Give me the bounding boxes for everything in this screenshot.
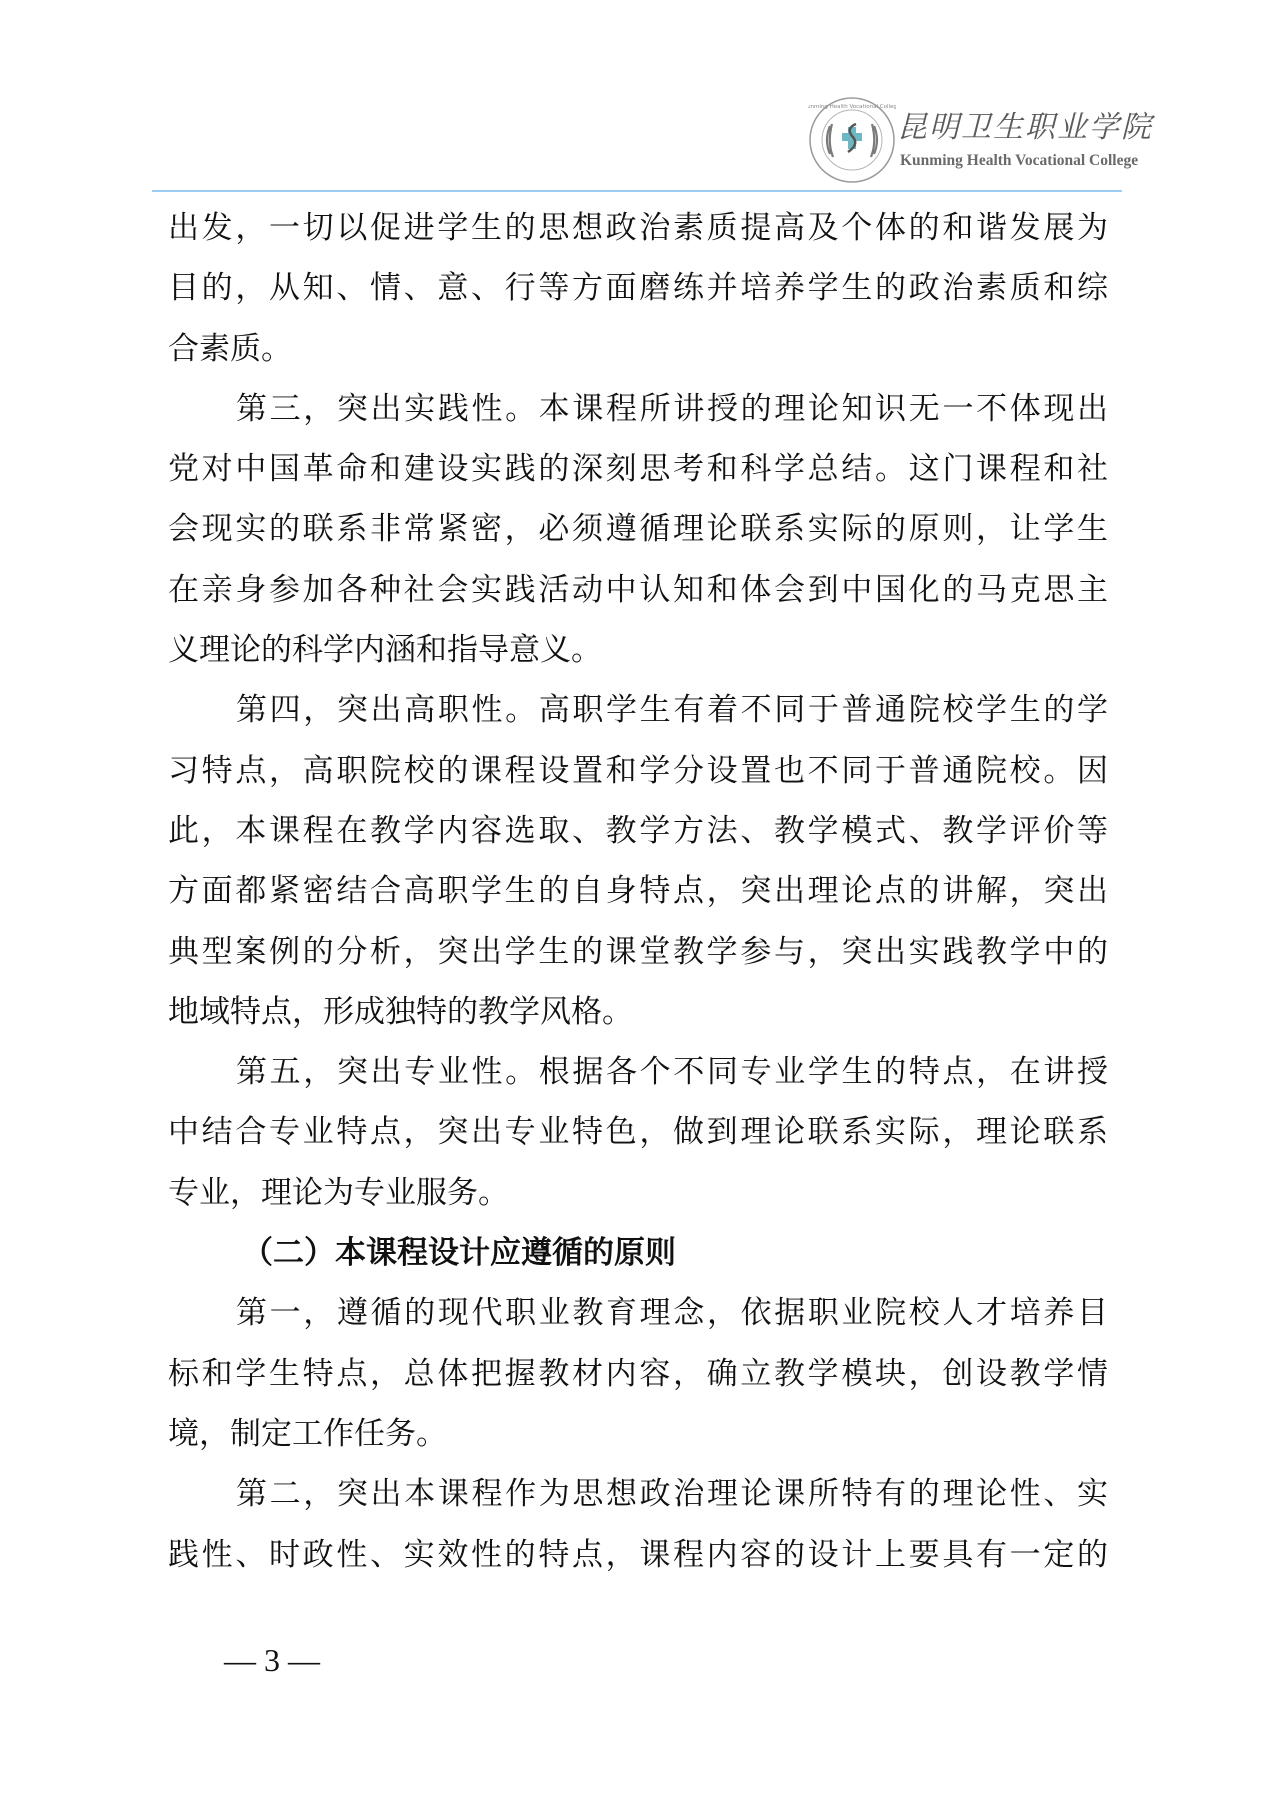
text-line: 标和学生特点，总体把握教材内容，确立教学模块，创设教学情	[168, 1344, 1108, 1404]
section-heading: （二）本课程设计应遵循的原则	[168, 1223, 1108, 1283]
text-line: 境，制定工作任务。	[168, 1404, 1108, 1464]
text-line: 中结合专业特点，突出专业特色，做到理论联系实际，理论联系	[168, 1102, 1108, 1162]
text-line: 典型案例的分析，突出学生的课堂教学参与，突出实践教学中的	[168, 922, 1108, 982]
text-line: 方面都紧密结合高职学生的自身特点，突出理论点的讲解，突出	[168, 861, 1108, 921]
text-line: 此，本课程在教学内容选取、教学方法、教学模式、教学评价等	[168, 801, 1108, 861]
college-name-en: Kunming Health Vocational College	[900, 152, 1138, 170]
paragraph-start-line: 第三，突出实践性。本课程所讲授的理论知识无一不体现出	[168, 379, 1108, 439]
text-line: 目的，从知、情、意、行等方面磨练并培养学生的政治素质和综	[168, 258, 1108, 318]
text-line: 在亲身参加各种社会实践活动中认知和体会到中国化的马克思主	[168, 560, 1108, 620]
text-line: 地域特点，形成独特的教学风格。	[168, 982, 1108, 1042]
paragraph-start-line: 第五，突出专业性。根据各个不同专业学生的特点，在讲授	[168, 1042, 1108, 1102]
text-line: 党对中国革命和建设实践的深刻思考和科学总结。这门课程和社	[168, 439, 1108, 499]
svg-text:Kunming Health Vocational Coll: Kunming Health Vocational College	[808, 104, 896, 110]
text-line: 合素质。	[168, 319, 1108, 379]
page-number: — 3 —	[224, 1640, 320, 1680]
header-divider	[152, 190, 1122, 192]
college-seal-icon: Kunming Health Vocational College	[808, 96, 896, 184]
text-line: 习特点，高职院校的课程设置和学分设置也不同于普通院校。因	[168, 741, 1108, 801]
college-name-cn: 昆明卫生职业学院	[897, 108, 1177, 148]
text-line: 出发，一切以促进学生的思想政治素质提高及个体的和谐发展为	[168, 198, 1108, 258]
paragraph-start-line: 第一，遵循的现代职业教育理念，依据职业院校人才培养目	[168, 1283, 1108, 1343]
document-body: 出发，一切以促进学生的思想政治素质提高及个体的和谐发展为 目的，从知、情、意、行…	[168, 198, 1108, 1585]
paragraph-start-line: 第四，突出高职性。高职学生有着不同于普通院校学生的学	[168, 680, 1108, 740]
text-line: 会现实的联系非常紧密，必须遵循理论联系实际的原则，让学生	[168, 499, 1108, 559]
text-line: 义理论的科学内涵和指导意义。	[168, 620, 1108, 680]
text-line: 践性、时政性、实效性的特点，课程内容的设计上要具有一定的	[168, 1525, 1108, 1585]
text-line: 专业，理论为专业服务。	[168, 1163, 1108, 1223]
paragraph-start-line: 第二，突出本课程作为思想政治理论课所特有的理论性、实	[168, 1464, 1108, 1524]
